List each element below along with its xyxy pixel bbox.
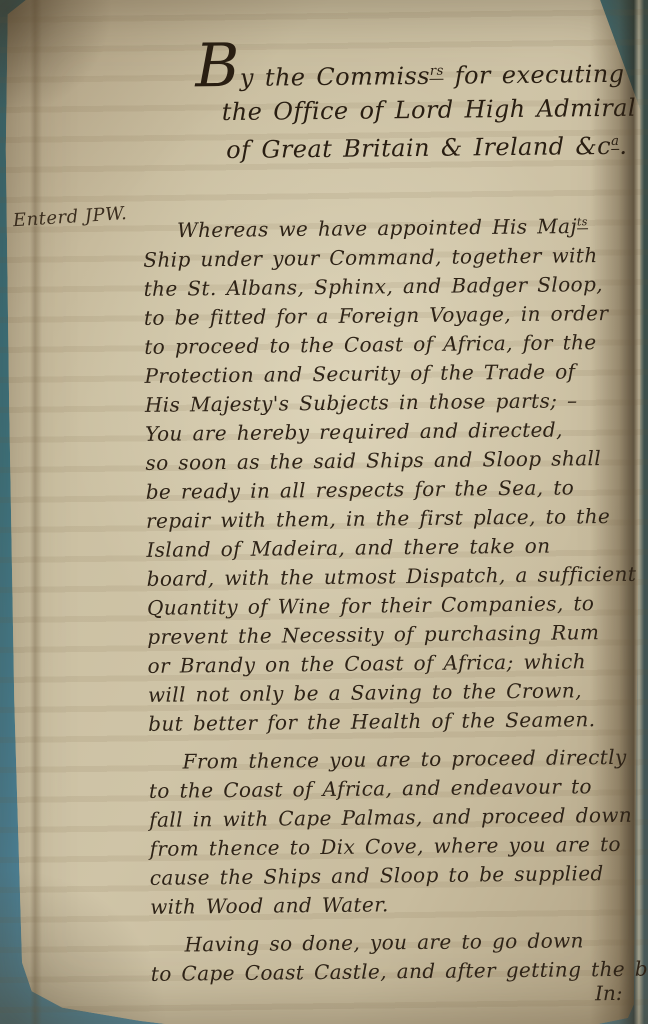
heading-line-1: By the Commissrs for executing [195,53,640,96]
text-line: Whereas we have appointed His Majts [143,207,635,246]
text-line: prevent the Necessity of purchasing Rum [147,617,639,651]
text-line: board, with the utmost Dispatch, a suffi… [147,559,639,593]
text-line: or Brandy on the Coast of Africa; which [147,646,639,680]
paragraph-2: From thence you are to proceed directly … [148,742,642,921]
heading-line-1-superscript: rs [430,64,444,80]
paragraph-3: Having so done, you are to go down to Ca… [150,925,643,988]
paragraph-1-superscript: ts [577,215,588,229]
text-line: but better for the Health of the Seamen. [148,704,640,738]
handwritten-text: By the Commissrs for executing the Offic… [0,0,648,1024]
heading-line-3: of Great Britain & Ireland &ca. [226,125,641,167]
text-line: to proceed to the Coast of Africa, for t… [144,327,636,361]
body-text: Whereas we have appointed His Majts Ship… [143,207,643,989]
heading: By the Commissrs for executing the Offic… [195,53,641,168]
paragraph-3-opening: Having so done, you are to go down [184,928,584,956]
heading-line-3-pre: of Great Britain & Ireland &c [226,132,611,164]
text-line: the St. Albans, Sphinx, and Badger Sloop… [144,269,636,303]
text-line: cause the Ships and Sloop to be supplied [150,858,642,892]
text-line: to the Coast of Africa, and endeavour to [149,771,641,805]
text-line: From thence you are to proceed directly [148,742,640,776]
text-line: to be fitted for a Foreign Voyage, in or… [144,298,636,332]
text-line: His Majesty's Subjects in those parts; – [145,385,637,419]
text-line: Ship under your Command, together with [143,240,635,274]
heading-line-1-post: for executing [444,60,625,90]
text-line: will not only be a Saving to the Crown, [148,675,640,709]
paragraph-1: Whereas we have appointed His Majts Ship… [143,207,640,739]
text-line: Having so done, you are to go down [150,925,642,959]
text-line: repair with them, in the first place, to… [146,501,638,535]
text-line: so soon as the said Ships and Sloop shal… [145,443,637,477]
text-line: Quantity of Wine for their Companies, to [147,588,639,622]
text-line: Protection and Security of the Trade of [144,356,636,390]
heading-line-1-pre: By the Commiss [195,62,430,92]
paragraph-2-opening: From thence you are to proceed directly [182,745,626,774]
text-line: fall in with Cape Palmas, and proceed do… [149,800,641,834]
text-line: from thence to Dix Cove, where you are t… [149,829,641,863]
heading-line-3-post: . [619,132,627,160]
catchword: In: [595,981,623,1005]
text-line: with Wood and Water. [150,887,642,921]
manuscript-photo: By the Commissrs for executing the Offic… [0,0,648,1024]
paragraph-1-opening: Whereas we have appointed His Maj [177,214,577,242]
margin-entry-note: Enterd JPW. [12,203,127,231]
heading-line-2: the Office of Lord High Admiral [222,91,641,129]
text-line: be ready in all respects for the Sea, to [146,472,638,506]
text-line: to Cape Coast Castle, and after getting … [151,954,643,988]
